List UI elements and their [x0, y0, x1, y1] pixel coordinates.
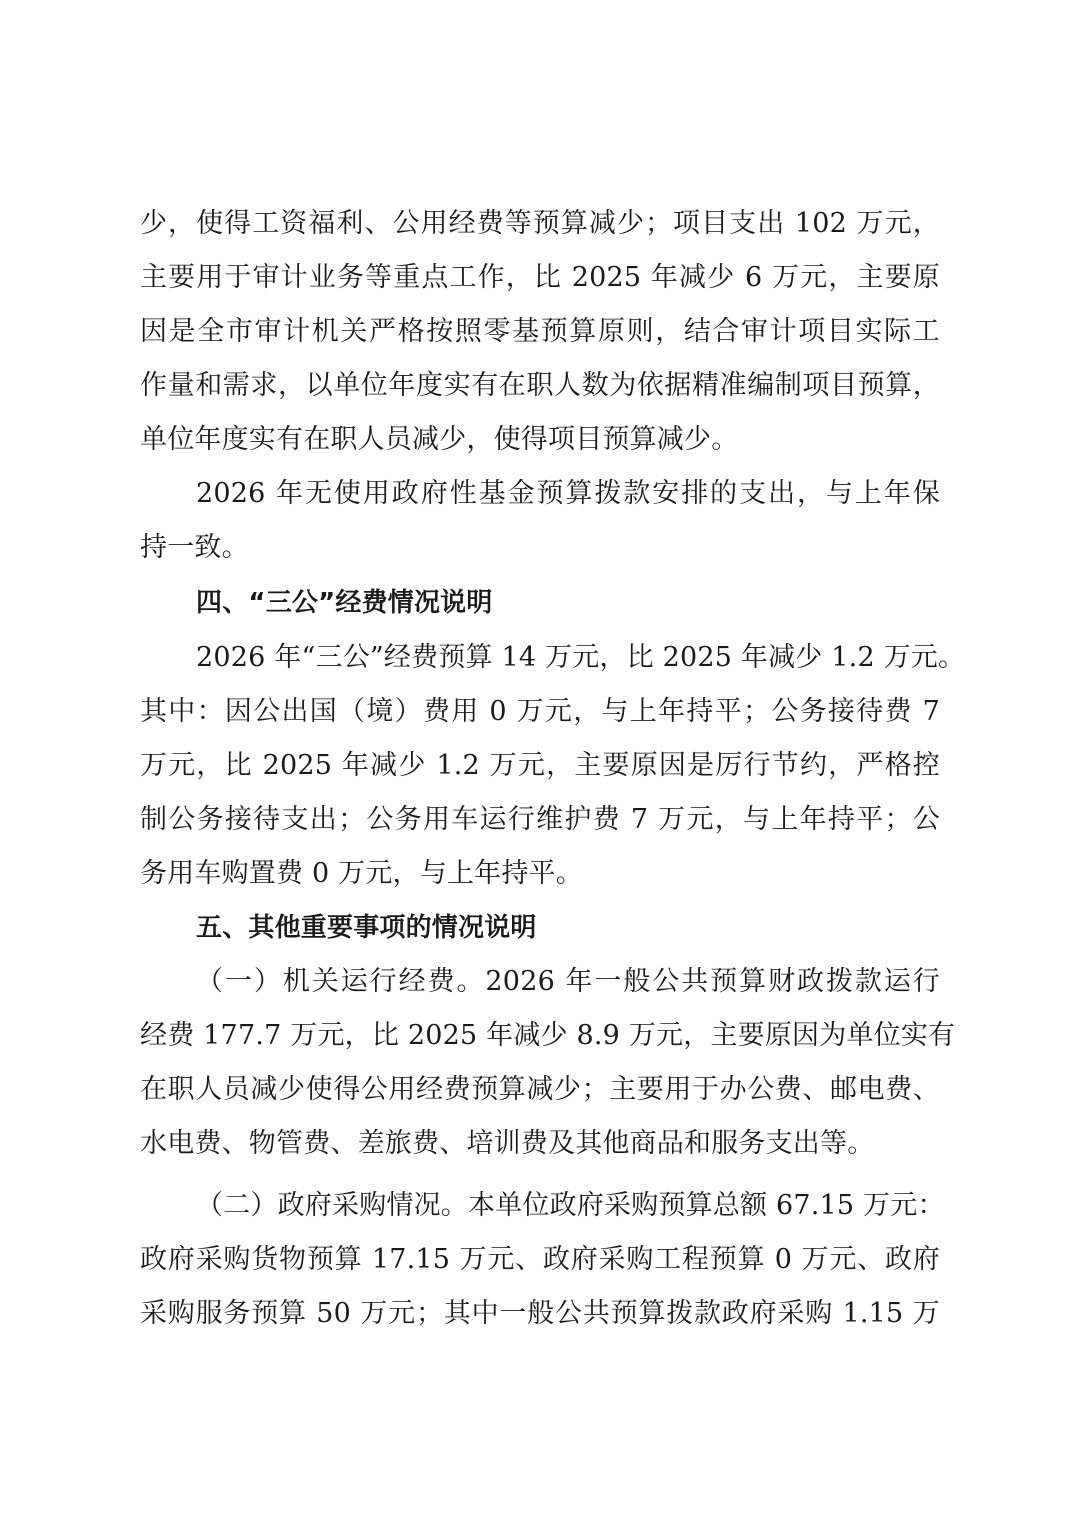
text-line: 水电费、物管费、差旅费、培训费及其他商品和服务支出等。	[140, 1124, 940, 1164]
text-line: （二）政府采购情况。本单位政府采购预算总额 67.15 万元：	[196, 1186, 940, 1226]
text-line: 政府采购货物预算 17.15 万元、政府采购工程预算 0 万元、政府	[140, 1240, 940, 1280]
text-line: 万元，比 2025 年减少 1.2 万元，主要原因是厉行节约，严格控	[140, 746, 940, 786]
text-line: 在职人员减少使得公用经费预算减少；主要用于办公费、邮电费、	[140, 1070, 940, 1110]
text-line: 经费 177.7 万元，比 2025 年减少 8.9 万元，主要原因为单位实有	[140, 1016, 940, 1056]
text-line: 持一致。	[140, 528, 940, 568]
text-line: 作量和需求，以单位年度实有在职人数为依据精准编制项目预算，	[140, 366, 940, 406]
text-line: 2026 年“三公”经费预算 14 万元，比 2025 年减少 1.2 万元。	[196, 638, 940, 678]
text-line: 单位年度实有在职人员减少，使得项目预算减少。	[140, 420, 940, 460]
text-line: 采购服务预算 50 万元；其中一般公共预算拨款政府采购 1.15 万	[140, 1294, 940, 1334]
text-line: 制公务接待支出；公务用车运行维护费 7 万元，与上年持平；公	[140, 800, 940, 840]
section-heading-three-public-expenses: 四、“三公”经费情况说明	[196, 583, 940, 623]
document-page: 少，使得工资福利、公用经费等预算减少；项目支出 102 万元， 主要用于审计业务…	[0, 0, 1074, 1520]
text-line: 因是全市审计机关严格按照零基预算原则，结合审计项目实际工	[140, 312, 940, 352]
section-heading-other-matters: 五、其他重要事项的情况说明	[196, 908, 940, 948]
text-line: （一）机关运行经费。2026 年一般公共预算财政拨款运行	[196, 962, 940, 1002]
text-line: 其中：因公出国（境）费用 0 万元，与上年持平；公务接待费 7	[140, 692, 940, 732]
text-line: 主要用于审计业务等重点工作，比 2025 年减少 6 万元，主要原	[140, 258, 940, 298]
text-line: 2026 年无使用政府性基金预算拨款安排的支出，与上年保	[196, 474, 940, 514]
text-line: 务用车购置费 0 万元，与上年持平。	[140, 854, 940, 894]
text-line: 少，使得工资福利、公用经费等预算减少；项目支出 102 万元，	[140, 204, 940, 244]
